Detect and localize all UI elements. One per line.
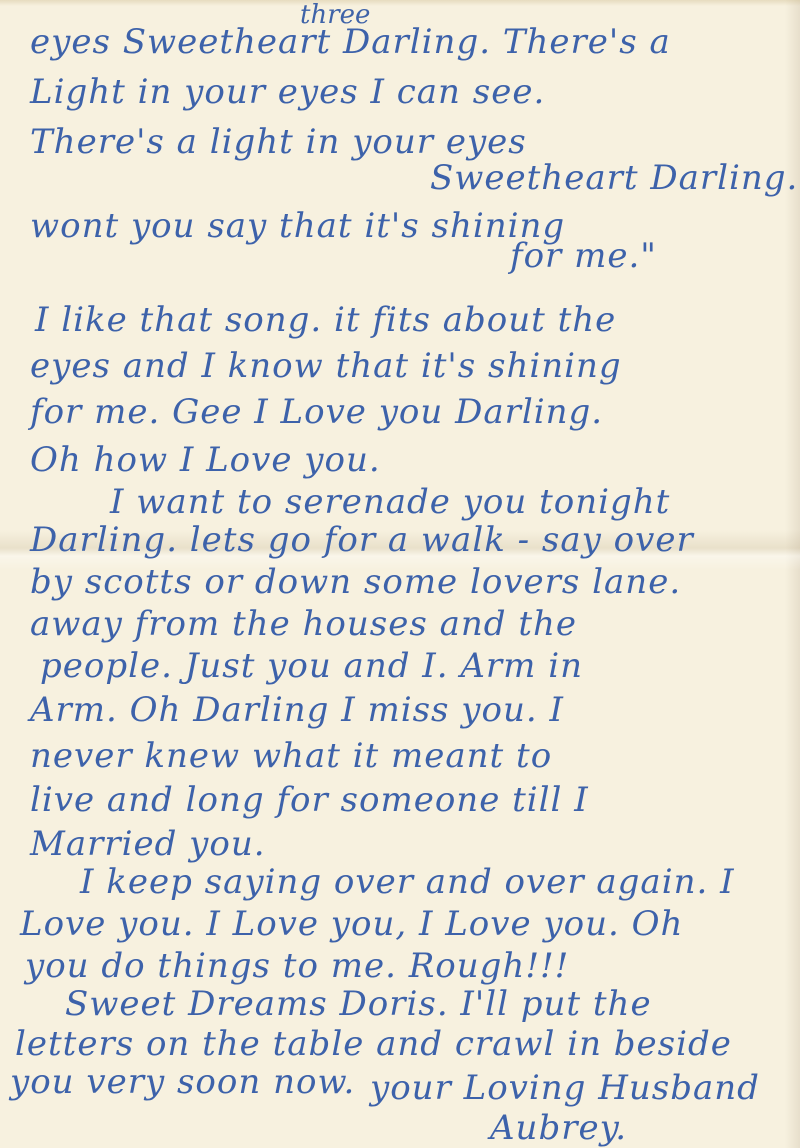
letter-line: you very soon now. bbox=[10, 1062, 355, 1102]
letter-line: letters on the table and crawl in beside bbox=[15, 1024, 732, 1064]
letter-line: Married you. bbox=[30, 824, 266, 864]
letter-line: eyes and I know that it's shining bbox=[30, 346, 622, 386]
letter-line: Arm. Oh Darling I miss you. I bbox=[30, 690, 564, 730]
letter-line: never knew what it meant to bbox=[30, 736, 552, 776]
letter-line: I keep saying over and over again. I bbox=[80, 862, 735, 902]
letter-line: wont you say that it's shining bbox=[30, 206, 565, 246]
letter-line: away from the houses and the bbox=[30, 604, 577, 644]
letter-line: Darling. lets go for a walk - say over bbox=[30, 520, 694, 560]
letter-line: I want to serenade you tonight bbox=[110, 482, 670, 522]
signature: Aubrey. bbox=[490, 1108, 627, 1148]
closing-line: your Loving Husband bbox=[370, 1068, 760, 1108]
letter-line: Love you. I Love you, I Love you. Oh bbox=[20, 904, 683, 944]
letter-line: Sweetheart Darling. bbox=[430, 158, 798, 198]
letter-line: eyes Sweetheart Darling. There's a bbox=[30, 22, 671, 62]
letter-line: people. Just you and I. Arm in bbox=[40, 646, 583, 686]
letter-line: for me." bbox=[510, 236, 657, 276]
letter-line: for me. Gee I Love you Darling. bbox=[30, 392, 603, 432]
letter-line: by scotts or down some lovers lane. bbox=[30, 562, 681, 602]
letter-line: live and long for someone till I bbox=[30, 780, 589, 820]
letter-page: three eyes Sweetheart Darling. There's a… bbox=[0, 0, 800, 1148]
letter-line: Light in your eyes I can see. bbox=[30, 72, 545, 112]
letter-line: Sweet Dreams Doris. I'll put the bbox=[65, 984, 652, 1024]
letter-line: There's a light in your eyes bbox=[30, 122, 527, 162]
letter-line: you do things to me. Rough!!! bbox=[25, 946, 569, 986]
letter-line: Oh how I Love you. bbox=[30, 440, 381, 480]
letter-line: I like that song. it fits about the bbox=[35, 300, 616, 340]
